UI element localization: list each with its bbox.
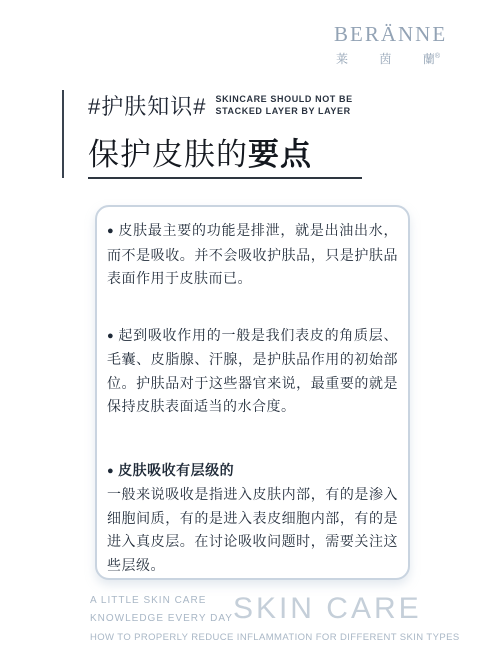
content-item-3: ●皮肤吸收有层级的一般来说吸收是指进入皮肤内部，有的是渗入细胞间质，有的是进入表… <box>107 459 398 578</box>
content-item-3-text: 一般来说吸收是指进入皮肤内部，有的是渗入细胞间质，有的是进入表皮细胞内部，有的是… <box>107 486 398 573</box>
content-item-3-heading: ●皮肤吸收有层级的 <box>107 462 234 478</box>
subtitle-line-1: SKINCARE SHOULD NOT BE <box>215 93 352 105</box>
brand-char-3: 蘭® <box>423 50 440 67</box>
brand-char-1: 莱 <box>336 50 348 67</box>
poster-page: BERÄNNE 莱 茵 蘭® #护肤知识# SKINCARE SHOULD NO… <box>0 0 500 652</box>
footer-caption: HOW TO PROPERLY REDUCE INFLAMMATION FOR … <box>90 632 408 643</box>
bullet-icon: ● <box>107 330 114 342</box>
hashtag-label: #护肤知识# <box>88 90 206 121</box>
brand-chinese-name: 莱 茵 蘭® <box>334 50 442 67</box>
brand-logo: BERÄNNE 莱 茵 蘭® <box>334 22 442 67</box>
content-item-2: ●起到吸收作用的一般是我们表皮的角质层、毛囊、皮脂腺、汗腺，是护肤品作用的初始部… <box>107 324 398 419</box>
page-title-regular: 保护皮肤的 <box>88 137 248 172</box>
footer-top-row: A LITTLE SKIN CARE KNOWLEDGE EVERY DAY S… <box>90 592 408 628</box>
bullet-icon: ● <box>107 225 114 237</box>
bullet-icon: ● <box>107 465 114 477</box>
title-underline <box>88 177 362 179</box>
header-subtitle: SKINCARE SHOULD NOT BE STACKED LAYER BY … <box>215 93 352 117</box>
page-title: 保护皮肤的要点 <box>88 129 418 174</box>
footer: A LITTLE SKIN CARE KNOWLEDGE EVERY DAY S… <box>90 592 408 643</box>
footer-tagline-1: A LITTLE SKIN CARE <box>90 592 233 610</box>
footer-taglines: A LITTLE SKIN CARE KNOWLEDGE EVERY DAY <box>90 592 233 628</box>
hashtag-row: #护肤知识# SKINCARE SHOULD NOT BE STACKED LA… <box>88 90 418 121</box>
header: #护肤知识# SKINCARE SHOULD NOT BE STACKED LA… <box>88 90 418 174</box>
footer-tagline-2: KNOWLEDGE EVERY DAY <box>90 610 233 628</box>
content-item-1: ●皮肤最主要的功能是排泄，就是出油出水，而不是吸收。并不会吸收护肤品，只是护肤品… <box>107 219 398 291</box>
registered-trademark-symbol: ® <box>435 53 440 60</box>
header-vertical-rule <box>62 90 64 178</box>
content-item-2-text: 起到吸收作用的一般是我们表皮的角质层、毛囊、皮脂腺、汗腺，是护肤品作用的初始部位… <box>107 327 398 415</box>
page-title-bold: 要点 <box>248 137 312 172</box>
footer-watermark: SKIN CARE <box>233 592 422 626</box>
brand-char-2: 茵 <box>379 50 391 67</box>
subtitle-line-2: STACKED LAYER BY LAYER <box>215 105 352 117</box>
content-item-1-text: 皮肤最主要的功能是排泄，就是出油出水，而不是吸收。并不会吸收护肤品，只是护肤品表… <box>107 222 398 286</box>
brand-name: BERÄNNE <box>334 22 442 47</box>
content-card: ●皮肤最主要的功能是排泄，就是出油出水，而不是吸收。并不会吸收护肤品，只是护肤品… <box>95 205 410 580</box>
